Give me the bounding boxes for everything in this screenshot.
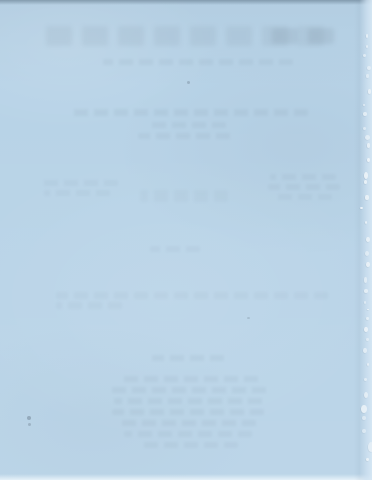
perforated-right-edge <box>354 0 372 480</box>
perforation-hole <box>363 127 366 131</box>
perforation-hole <box>361 405 367 413</box>
perforation-hole <box>364 289 368 293</box>
perforation-hole <box>368 89 371 94</box>
perforation-hole <box>364 392 368 398</box>
perforation-hole <box>366 338 369 341</box>
perforation-hole <box>365 135 370 140</box>
perforation-hole <box>367 158 370 162</box>
speck-bottom-left-1 <box>27 416 31 420</box>
perforation-hole <box>366 458 369 462</box>
perforation-hole <box>367 309 369 311</box>
bottom-block-line5-ghost <box>120 420 256 426</box>
perforation-hole <box>366 262 370 268</box>
perforation-hole <box>364 327 367 332</box>
perforation-hole <box>368 442 372 452</box>
left-faint-ghost-line <box>56 302 122 309</box>
left-column-ghost-line2 <box>44 190 110 196</box>
bottom-block-line6-ghost <box>124 431 252 437</box>
perforation-hole <box>367 363 370 366</box>
headline-ghost <box>44 26 324 46</box>
perforation-hole <box>365 251 369 256</box>
perforation-hole <box>364 301 367 304</box>
subtitle-ghost <box>103 59 293 65</box>
headline-ghost-dark-end <box>270 28 334 44</box>
perforation-hole <box>365 221 367 224</box>
perforation-hole <box>364 180 367 184</box>
left-column-ghost-line1 <box>40 180 118 186</box>
bottom-block-line1-ghost <box>118 376 258 382</box>
perforation-hole <box>365 195 369 199</box>
bottom-block-line7-ghost <box>138 442 238 448</box>
paper-mottle-texture <box>0 0 372 480</box>
paragraph1-line1-ghost <box>68 109 308 116</box>
perforation-hole <box>362 429 366 433</box>
perforation-hole <box>364 172 368 179</box>
bottom-title-ghost <box>152 355 224 361</box>
perforation-hole <box>363 348 367 353</box>
perforation-hole <box>363 54 366 57</box>
perforation-hole <box>367 66 371 70</box>
perforation-hole <box>366 237 370 243</box>
paragraph1-line3-ghost <box>138 133 230 139</box>
bottom-block-line3-ghost <box>114 398 262 404</box>
bottom-block-line2-ghost <box>110 387 266 393</box>
wide-faint-ghost-line <box>56 292 328 299</box>
speck-mid-right <box>247 317 250 319</box>
perforation-hole <box>366 34 368 38</box>
perforation-hole <box>360 207 362 209</box>
perforation-hole <box>367 143 371 148</box>
center-ghost-patch <box>140 190 228 202</box>
right-column-ghost-line3 <box>274 194 332 200</box>
right-column-ghost-line2 <box>268 184 340 190</box>
scanned-page <box>0 0 372 480</box>
perforation-hole <box>362 416 366 420</box>
speck-bottom-left-2 <box>28 423 31 426</box>
page-top-edge-shadow <box>0 0 372 5</box>
perforation-hole <box>364 378 367 381</box>
perforation-hole <box>364 277 367 283</box>
paragraph1-line2-ghost <box>148 122 226 128</box>
right-column-ghost-line1 <box>270 174 336 180</box>
perforation-hole <box>366 317 369 321</box>
perforation-hole <box>366 45 368 48</box>
speck-top-center <box>187 81 190 84</box>
page-bottom-edge-highlight <box>0 474 372 480</box>
perforation-hole <box>363 112 367 116</box>
perforation-hole <box>363 104 365 106</box>
center-small-ghost <box>150 246 200 252</box>
bottom-block-line4-ghost <box>112 409 264 415</box>
perforation-hole <box>366 74 369 77</box>
